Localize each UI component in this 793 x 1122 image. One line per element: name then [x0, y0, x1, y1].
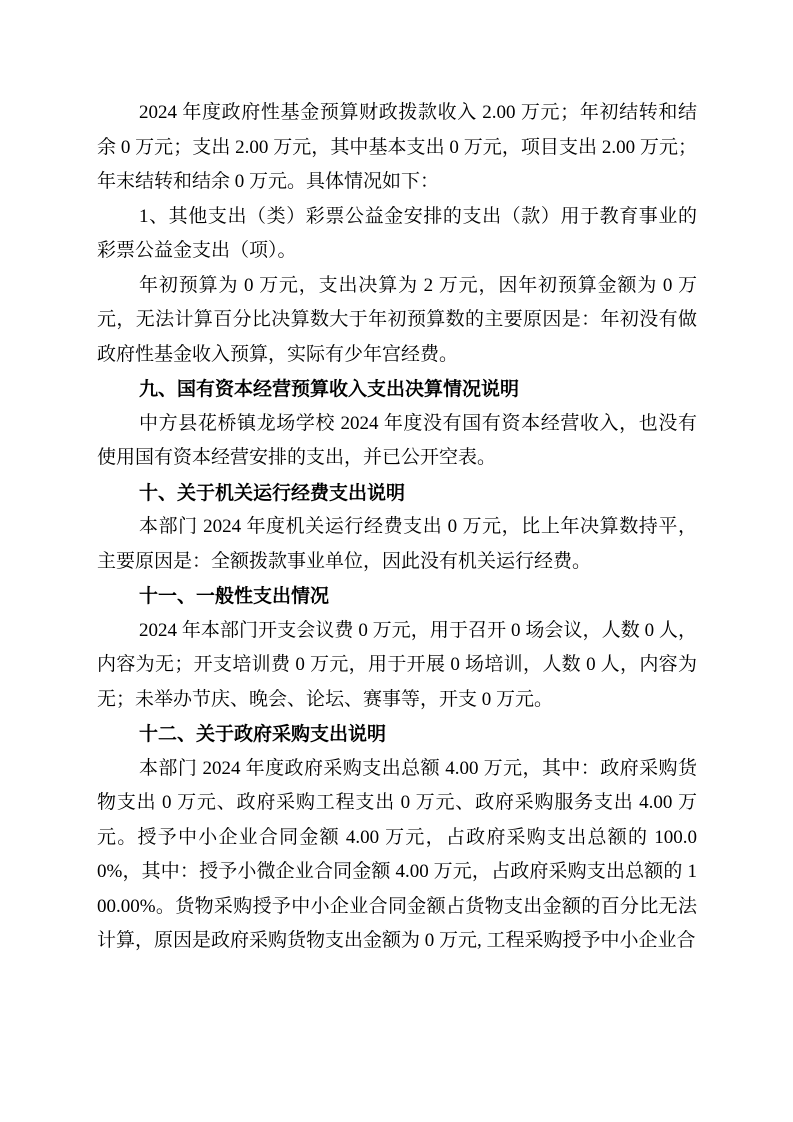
section-heading-10-operating-expense: 十、关于机关运行经费支出说明 — [97, 476, 697, 511]
paragraph-other-expense-item: 1、其他支出（类）彩票公益金安排的支出（款）用于教育事业的彩票公益金支出（项）。 — [97, 200, 697, 269]
paragraph-operating-expense-detail: 本部门 2024 年度机关运行经费支出 0 万元，比上年决算数持平，主要原因是：… — [97, 510, 697, 579]
section-heading-11-general-expense: 十一、一般性支出情况 — [97, 579, 697, 614]
paragraph-general-expense-detail: 2024 年本部门开支会议费 0 万元，用于召开 0 场会议，人数 0 人，内容… — [97, 614, 697, 718]
document-page: 2024 年度政府性基金预算财政拨款收入 2.00 万元；年初结转和结余 0 万… — [0, 0, 793, 1122]
paragraph-state-capital-detail: 中方县花桥镇龙场学校 2024 年度没有国有资本经营收入，也没有使用国有资本经营… — [97, 407, 697, 476]
paragraph-procurement-detail: 本部门 2024 年度政府采购支出总额 4.00 万元，其中：政府采购货物支出 … — [97, 752, 697, 959]
section-heading-9-state-capital: 九、国有资本经营预算收入支出决算情况说明 — [97, 372, 697, 407]
document-text-block: 2024 年度政府性基金预算财政拨款收入 2.00 万元；年初结转和结余 0 万… — [97, 96, 697, 959]
paragraph-gov-fund-summary: 2024 年度政府性基金预算财政拨款收入 2.00 万元；年初结转和结余 0 万… — [97, 96, 697, 200]
section-heading-12-procurement: 十二、关于政府采购支出说明 — [97, 717, 697, 752]
paragraph-budget-vs-final: 年初预算为 0 万元，支出决算为 2 万元，因年初预算金额为 0 万元，无法计算… — [97, 269, 697, 373]
